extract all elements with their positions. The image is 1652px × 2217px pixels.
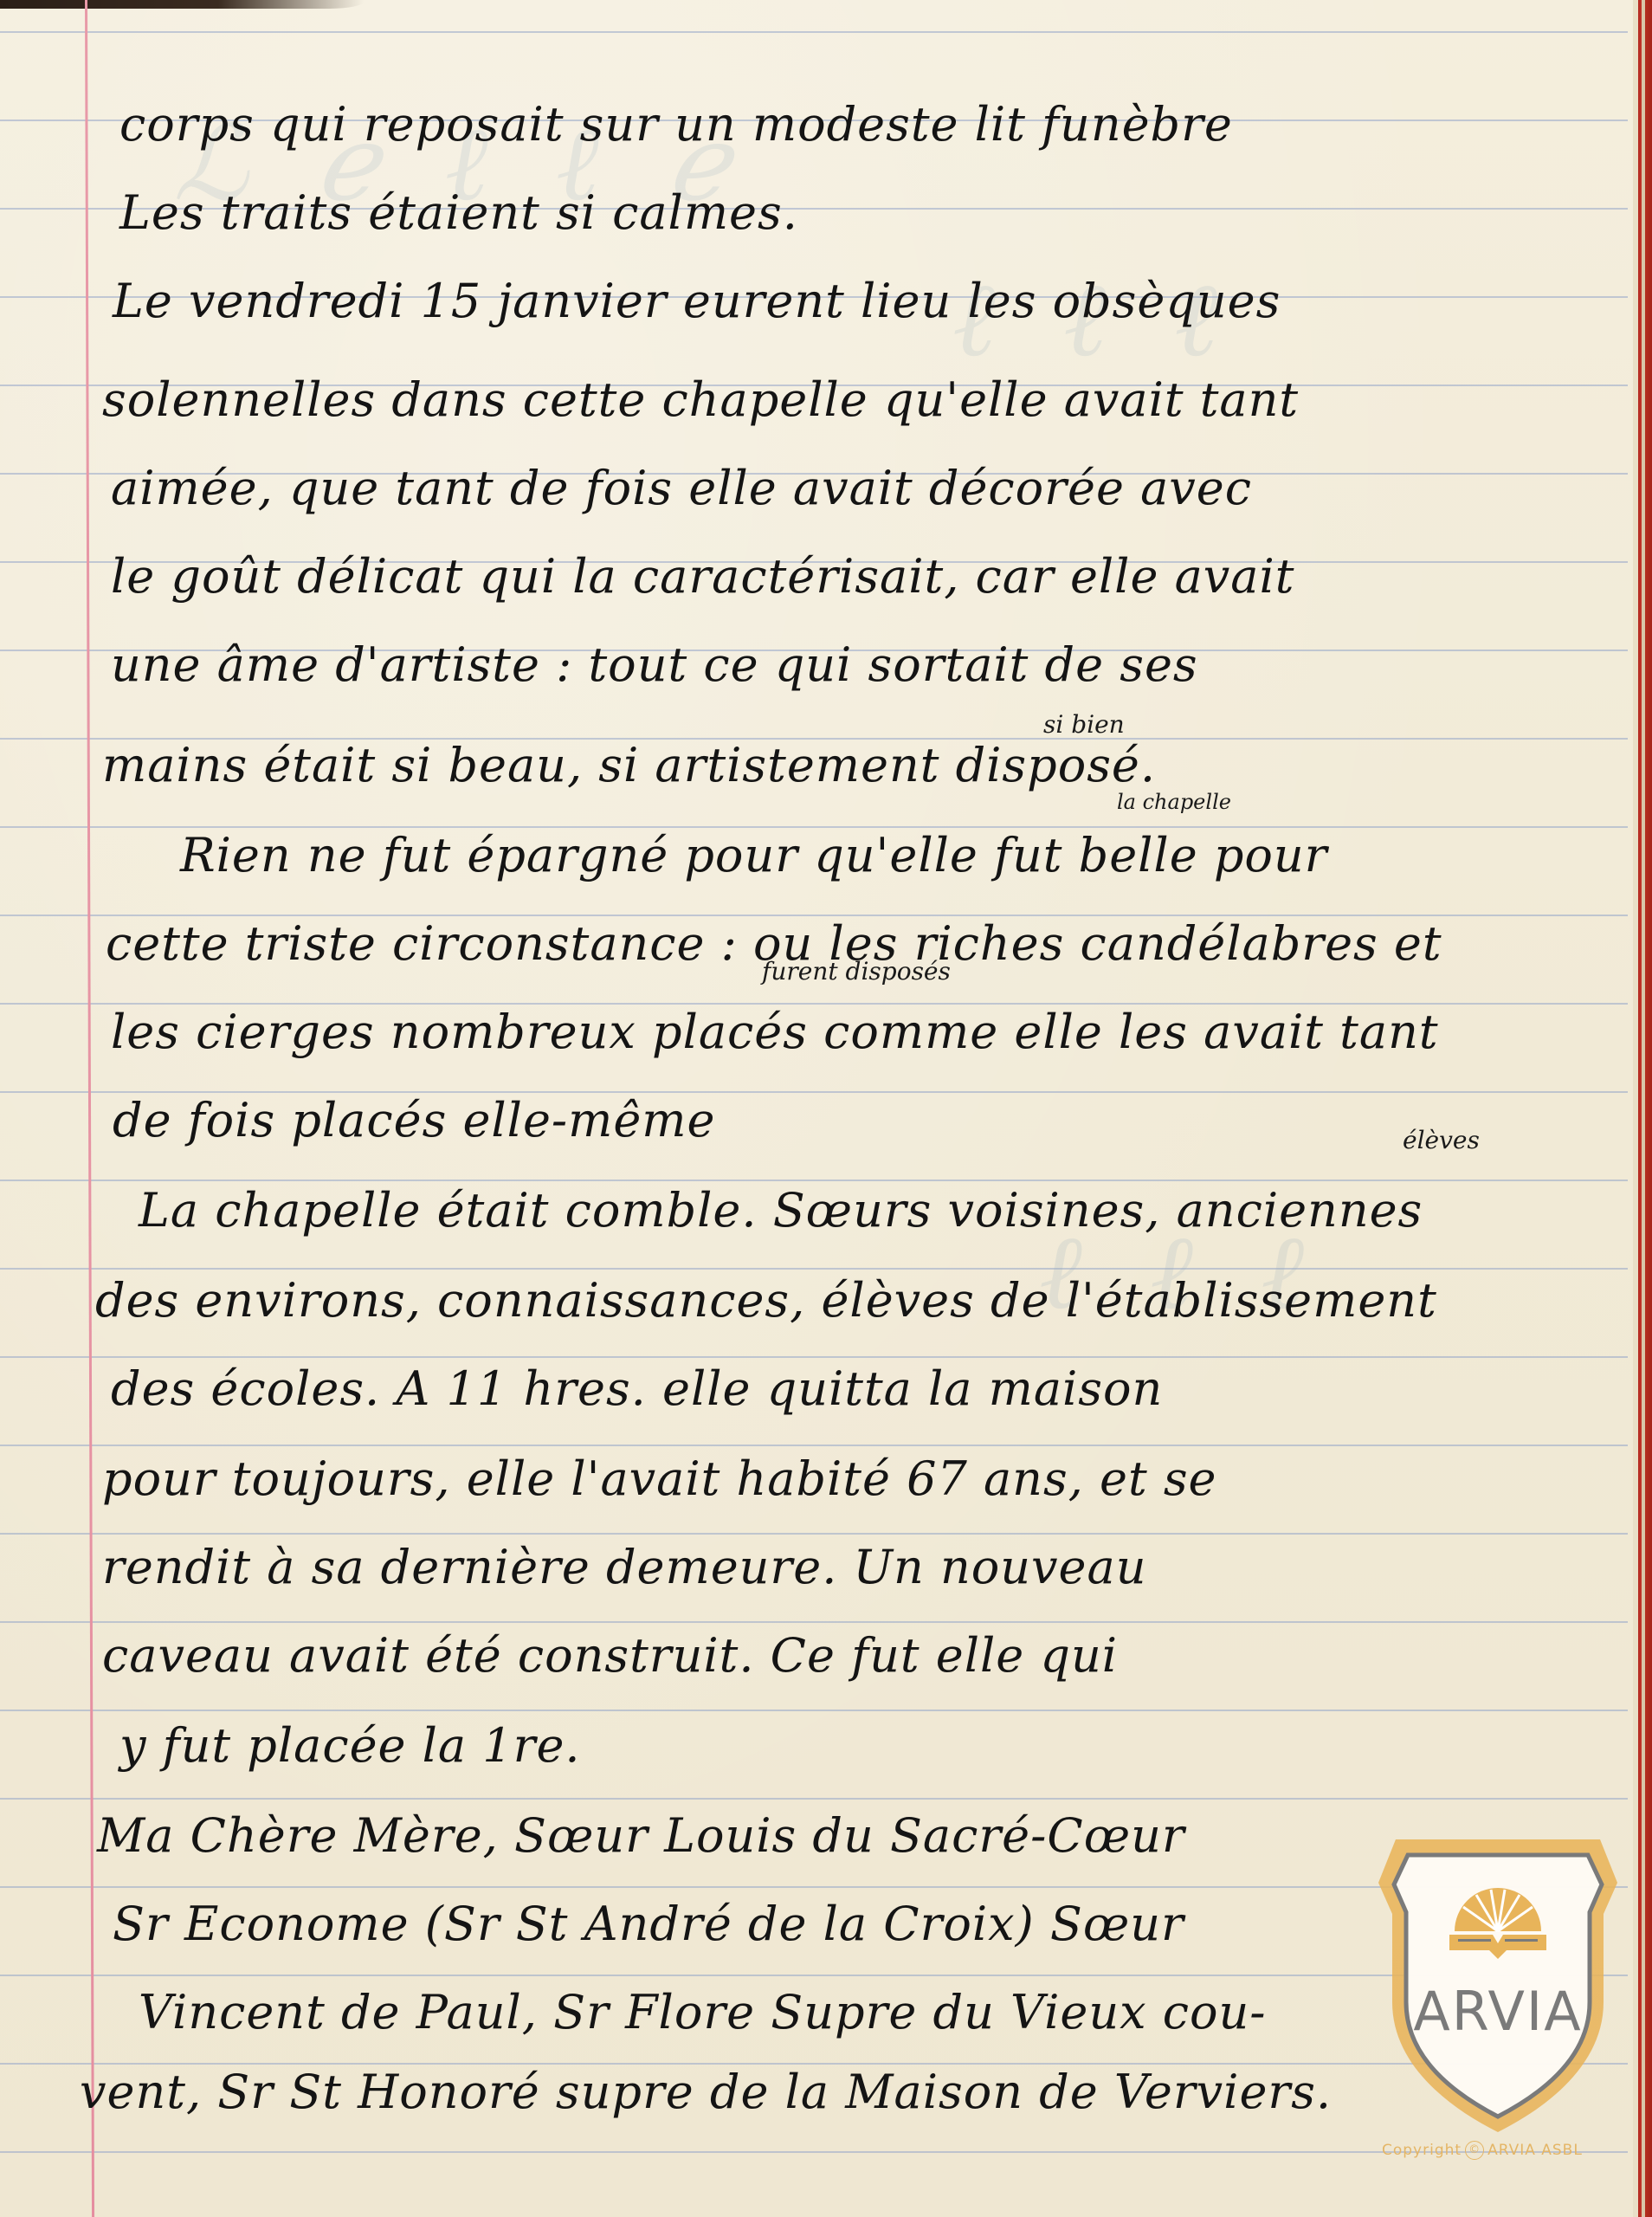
arvia-logo-text: ARVIA (1413, 1980, 1582, 2043)
handwritten-line-23: vent, Sr St Honoré supre de la Maison de… (80, 2065, 1332, 2119)
ruled-line (0, 1356, 1628, 1358)
ruled-line (0, 1710, 1628, 1711)
handwritten-line-13: La chapelle était comble. Sœurs voisines… (139, 1183, 1423, 1238)
handwritten-line-22: Vincent de Paul, Sr Flore Supre du Vieux… (139, 1985, 1267, 2039)
ruled-line (0, 1180, 1628, 1181)
margin-line (85, 0, 94, 2217)
handwritten-line-6: le goût délicat qui la caractérisait, ca… (111, 549, 1294, 604)
handwritten-line-19: y fut placée la 1re. (119, 1718, 581, 1773)
handwritten-line-9: Rien ne fut épargné pour qu'elle fut bel… (180, 828, 1328, 882)
ruled-line (0, 1268, 1628, 1270)
handwritten-line-21: Sr Econome (Sr St André de la Croix) Sœu… (113, 1897, 1184, 1951)
arvia-shield-logo: ARVIA (1377, 1829, 1619, 2141)
handwritten-line-14: des environs, connaissances, élèves de l… (95, 1273, 1437, 1328)
copyright-notice: Copyright©ARVIA ASBL (1382, 2141, 1583, 2160)
handwritten-line-5: aimée, que tant de fois elle avait décor… (111, 461, 1252, 515)
page-corner-shadow (0, 0, 364, 9)
interlinear-annotation: furent disposés (762, 957, 951, 986)
ruled-line (0, 1798, 1628, 1800)
interlinear-annotation: la chapelle (1117, 790, 1231, 814)
ruled-line (0, 31, 1628, 33)
copyright-label: Copyright (1382, 2142, 1462, 2159)
handwritten-line-17: rendit à sa dernière demeure. Un nouveau (102, 1540, 1146, 1594)
handwritten-line-4: solennelles dans cette chapelle qu'elle … (102, 372, 1299, 427)
ruled-line (0, 1621, 1628, 1623)
copyright-owner: ARVIA ASBL (1487, 2142, 1583, 2159)
handwritten-line-12: de fois placés elle-même (113, 1093, 715, 1147)
handwritten-line-7: une âme d'artiste : tout ce qui sortait … (111, 637, 1198, 692)
handwritten-line-8: mains était si beau, si artistement disp… (102, 738, 1156, 792)
interlinear-annotation: si bien (1043, 710, 1125, 739)
ruled-line (0, 1533, 1628, 1535)
handwritten-line-18: caveau avait été construit. Ce fut elle … (102, 1628, 1118, 1683)
red-page-edge (1633, 0, 1652, 2217)
interlinear-annotation: élèves (1403, 1126, 1480, 1154)
handwritten-line-15: des écoles. A 11 hres. elle quitta la ma… (111, 1361, 1163, 1416)
copyright-symbol-icon: © (1465, 2141, 1484, 2160)
ruled-line (0, 1445, 1628, 1446)
handwritten-line-16: pour toujours, elle l'avait habité 67 an… (102, 1451, 1217, 1506)
notebook-page: ℒ ℯ ℓ ℓ ℯ ℓ ℓ ℓ ℓ ℓ ℓ corps qui reposait… (0, 0, 1652, 2217)
handwritten-line-2: Les traits étaient si calmes. (119, 185, 798, 240)
handwritten-line-11: les cierges nombreux placés comme elle l… (111, 1005, 1439, 1059)
handwritten-line-1: corps qui reposait sur un modeste lit fu… (119, 97, 1233, 152)
handwritten-line-3: Le vendredi 15 janvier eurent lieu les o… (113, 274, 1281, 328)
handwritten-line-20: Ma Chère Mère, Sœur Louis du Sacré-Cœur (97, 1808, 1185, 1863)
